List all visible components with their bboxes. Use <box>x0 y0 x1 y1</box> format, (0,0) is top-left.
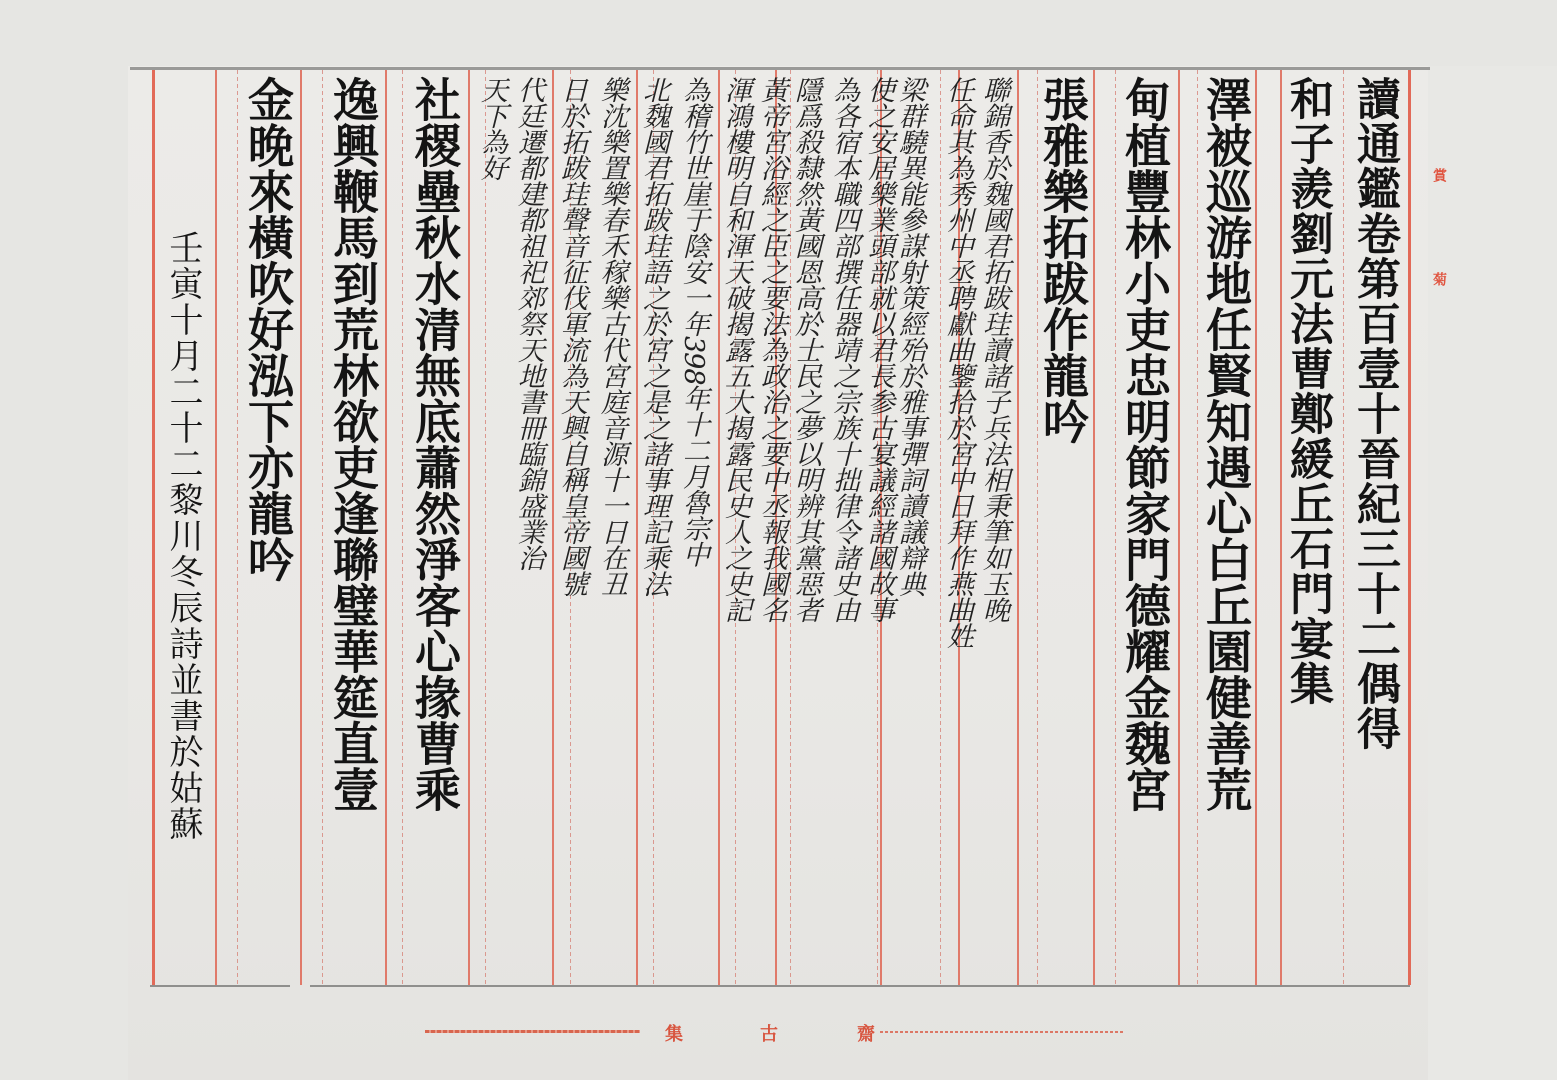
ruled-line <box>152 70 155 985</box>
annotation-line-5: 為各宿本職四部撰任器靖之宗族十拙律令諸史由 <box>830 76 857 986</box>
ruled-line <box>468 70 470 985</box>
ruled-dash-line <box>237 70 238 985</box>
footer-mark-3: 齋 <box>857 1020 875 1046</box>
ruled-dash-line <box>402 70 403 985</box>
ruled-line <box>215 70 217 985</box>
annotation-line-9: 為稽竹世崖于陰安一年398年十二月魯宗中 <box>680 76 707 986</box>
annotation-line-14: 天下為好 <box>478 76 505 316</box>
title-line-2: 和子羨劉元法曹鄭緩丘石門宴集 <box>1285 76 1329 796</box>
footer-rule-left <box>425 1030 640 1033</box>
margin-mark-lower: 菊 <box>1429 272 1449 286</box>
title-line-1: 讀通鑑卷第百壹十晉紀三十二偶得 <box>1352 76 1396 846</box>
ruled-line <box>1408 70 1411 985</box>
right-margin <box>1428 66 1557 1080</box>
annotation-line-7: 黃帝宮浴經之臣之要法為政治之要中丞報我國名 <box>758 76 785 986</box>
poem-line-5: 逸興鞭馬到荒林欲吏逢聯璧華筵直壹 <box>330 76 376 986</box>
ruled-dash-line <box>1115 70 1116 985</box>
ruled-line <box>1017 70 1019 985</box>
annotation-line-10: 北魏國君拓跋珪語之於宮之是之諸事理記乘法 <box>640 76 667 986</box>
footer-mark-2: 古 <box>760 1020 778 1046</box>
ruled-line <box>552 70 554 985</box>
annotation-line-13: 代廷遷都建都祖祀郊祭天地書冊臨錦盛業治 <box>515 76 542 986</box>
ruled-line <box>1178 70 1180 985</box>
ruled-line <box>385 70 387 985</box>
poem-line-6: 金晚來橫吹好泓下亦龍吟 <box>245 76 291 776</box>
annotation-line-12: 日於拓跋珪聲音征伐軍流為天興自稱皇帝國號 <box>558 76 585 986</box>
annotation-line-1: 聯錦香於魏國君拓跋珪讀諸子兵法相秉筆如玉晚 <box>980 76 1007 986</box>
ruled-dash-line <box>1197 70 1198 985</box>
poem-line-3: 張雅樂拓跋作龍吟 <box>1040 76 1086 536</box>
footer-mark-1: 集 <box>665 1020 683 1046</box>
poem-line-1: 澤被巡游地任賢知遇心白丘園健善荒 <box>1203 76 1249 986</box>
ruled-dash-line <box>322 70 323 985</box>
annotation-line-3: 梁群驍異能參謀射策經殆於雅事彈詞讀議辯典 <box>896 76 923 986</box>
ruled-dash-line <box>940 70 941 985</box>
top-border-rule <box>130 67 1430 70</box>
margin-mark-top: 賞 <box>1429 168 1449 182</box>
annotation-line-2: 任命其為秀州中丞聘獻曲鑒拾於宮中日拜作燕曲姓 <box>944 76 971 986</box>
signature-colophon: 壬寅十月二十二黎川冬辰詩並書於姑蘇 <box>166 230 200 990</box>
footer-rule-right <box>880 1031 1125 1033</box>
ruled-line <box>300 70 302 985</box>
ruled-line <box>1093 70 1095 985</box>
annotation-line-4: 使之安居樂業頭部就以君長参古宴議經諸國故事 <box>865 76 892 986</box>
annotation-line-6: 隱爲殺隸然黃國恩高於士民之夢以明辨其黨惡者 <box>792 76 819 986</box>
poem-line-2: 甸植豐林小吏忠明節家門德耀金魏宮 <box>1122 76 1168 986</box>
ruled-line <box>1255 70 1257 985</box>
poem-line-4: 社稷壘秋水清無底蕭然淨客心掾曹乘 <box>412 76 458 986</box>
annotation-line-11: 樂沈樂置樂春禾稼樂古代宮庭音源十一日在丑 <box>598 76 625 986</box>
ruled-dash-line <box>1343 70 1344 985</box>
paper-footer: 集 古 齋 <box>425 1020 1125 1044</box>
annotation-line-8: 渾鴻樓明自和渾天破揭露五大揭露民史人之史記 <box>722 76 749 986</box>
